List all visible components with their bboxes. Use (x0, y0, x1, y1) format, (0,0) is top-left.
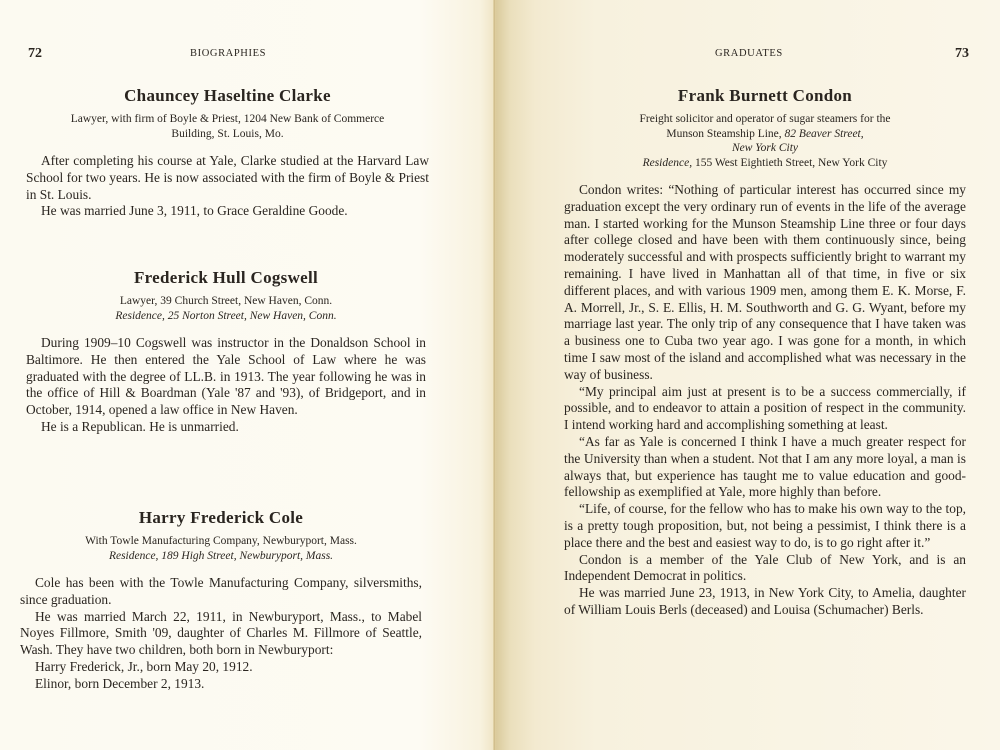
entry-paragraph: Cole has been with the Towle Manufacturi… (20, 575, 422, 609)
entry-residence: Residence, 155 West Eightieth Street, Ne… (564, 156, 966, 171)
entry-occupation: Munson Steamship Line, 82 Beaver Street, (564, 127, 966, 142)
entry-name: Frederick Hull Cogswell (26, 268, 426, 288)
biography-entry-condon: Frank Burnett Condon Freight solicitor a… (564, 86, 966, 619)
residence-label: Residence, (643, 157, 693, 169)
entry-paragraph: He was married June 3, 1911, to Grace Ge… (26, 203, 429, 220)
entry-occupation: With Towle Manufacturing Company, Newbur… (20, 534, 422, 549)
entry-paragraph: After completing his course at Yale, Cla… (26, 153, 429, 203)
entry-name: Chauncey Haseltine Clarke (26, 86, 429, 106)
page-number-right: 73 (955, 46, 969, 62)
occupation-city: New York City (564, 141, 966, 156)
entry-paragraph: “As far as Yale is concerned I think I h… (564, 434, 966, 501)
book-spine-gutter (493, 0, 496, 750)
entry-name: Frank Burnett Condon (564, 86, 966, 106)
entry-paragraph: During 1909–10 Cogswell was instructor i… (26, 335, 426, 419)
entry-paragraph: He was married March 22, 1911, in Newbur… (20, 609, 422, 659)
entry-occupation: Lawyer, 39 Church Street, New Haven, Con… (26, 294, 426, 309)
entry-paragraph: Condon writes: “Nothing of particular in… (564, 182, 966, 384)
entry-residence: Residence, 25 Norton Street, New Haven, … (26, 309, 426, 324)
running-head-left: BIOGRAPHIES (190, 48, 266, 59)
entry-residence: Residence, 189 High Street, Newburyport,… (20, 549, 422, 564)
biography-entry-cogswell: Frederick Hull Cogswell Lawyer, 39 Churc… (26, 268, 426, 436)
residence-address: 155 West Eightieth Street, New York City (692, 157, 887, 169)
page-number-left: 72 (28, 46, 42, 62)
entry-paragraph: “Life, of course, for the fellow who has… (564, 501, 966, 551)
entry-paragraph: “My principal aim just at present is to … (564, 384, 966, 434)
entry-occupation: Building, St. Louis, Mo. (26, 127, 429, 142)
occupation-address: 82 Beaver Street, (785, 128, 864, 140)
biography-entry-clarke: Chauncey Haseltine Clarke Lawyer, with f… (26, 86, 429, 220)
occupation-company: Munson Steamship Line, (666, 128, 784, 140)
entry-name: Harry Frederick Cole (20, 508, 422, 528)
left-page: 72 BIOGRAPHIES Chauncey Haseltine Clarke… (0, 0, 495, 750)
child-entry: Elinor, born December 2, 1913. (20, 676, 422, 693)
entry-paragraph: He is a Republican. He is unmarried. (26, 419, 426, 436)
right-page: GRADUATES 73 Frank Burnett Condon Freigh… (495, 0, 1000, 750)
entry-paragraph: He was married June 23, 1913, in New Yor… (564, 585, 966, 619)
child-entry: Harry Frederick, Jr., born May 20, 1912. (20, 659, 422, 676)
entry-occupation: Freight solicitor and operator of sugar … (564, 112, 966, 127)
running-head-right: GRADUATES (715, 48, 783, 59)
entry-paragraph: Condon is a member of the Yale Club of N… (564, 552, 966, 586)
biography-entry-cole: Harry Frederick Cole With Towle Manufact… (20, 508, 422, 693)
entry-occupation: Lawyer, with firm of Boyle & Priest, 120… (26, 112, 429, 127)
